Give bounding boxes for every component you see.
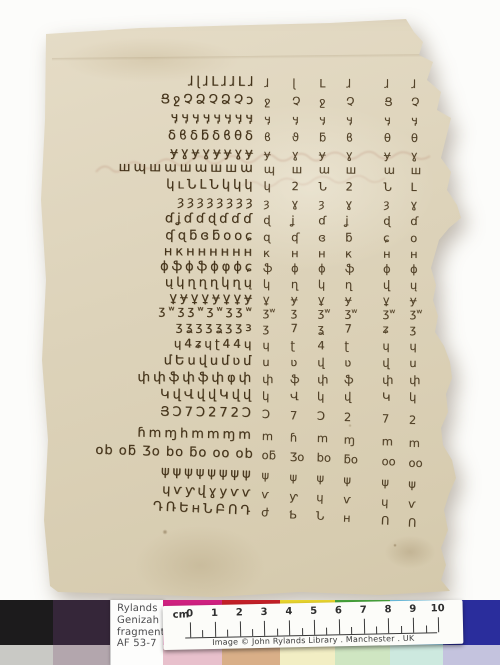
glyph-single: վ — [344, 390, 351, 404]
glyph-single: փ — [317, 372, 328, 386]
glyph-single: m — [262, 429, 273, 443]
glyph-single: ɣ — [291, 196, 298, 210]
glyph-single: ɞ — [318, 230, 326, 244]
glyph-single: ɣ — [346, 148, 353, 162]
glyph-single: Ն — [383, 180, 391, 194]
glyph-single: վ — [383, 278, 390, 292]
ruler-tick-cm — [264, 621, 265, 636]
glyph-single: ֆ — [290, 372, 299, 386]
shelfmark-label: RylandsGenizahfragmentAF 53-7 — [110, 600, 164, 665]
glyph-cluster: шɰшɯшɯшшɯ — [96, 160, 256, 176]
glyph-single: Կ — [382, 390, 391, 404]
glyph-single: ɖ — [263, 213, 270, 227]
glyph-cluster: нкннʜннн — [95, 244, 255, 260]
glyph-single: ӡʷ — [318, 305, 331, 319]
glyph-single: ʒ — [410, 322, 417, 336]
glyph-single: ɏ — [384, 148, 391, 162]
glyph-single: ɺ — [264, 76, 269, 90]
glyph-single: ѵ — [261, 487, 269, 501]
glyph-single: ϕ — [383, 262, 391, 276]
ruler-tick-cm — [314, 620, 315, 635]
glyph-single: ψ — [261, 468, 269, 482]
glyph-single: ɣ — [411, 148, 418, 162]
glyph-single: ɰ — [264, 162, 275, 176]
glyph-single: Չ — [346, 95, 354, 109]
glyph-single: 7 — [382, 411, 390, 425]
glyph-single: ӌ — [346, 113, 353, 127]
glyph-single: н — [318, 246, 326, 260]
glyph-single: ϕ — [291, 261, 299, 275]
glyph-single: ɥ — [316, 491, 324, 505]
ruler-number: 0 — [186, 608, 193, 619]
glyph-single: ų — [410, 278, 417, 292]
glyph-single: ժ — [261, 505, 269, 519]
glyph-single: ȝ — [318, 196, 324, 210]
glyph-single: կ — [264, 179, 271, 193]
ruler-tick-half — [376, 627, 377, 634]
glyph-single: ս — [262, 355, 269, 369]
ruler-tick-cm — [438, 617, 439, 632]
glyph-single: bo — [316, 451, 331, 465]
glyph-single: ƃ — [319, 130, 326, 144]
glyph-single: ψ — [408, 476, 416, 490]
ruler-number: 7 — [360, 605, 367, 616]
glyph-single: Ո — [381, 513, 390, 527]
glyph-single: ֆ — [345, 262, 354, 276]
glyph-single: Ն — [316, 509, 325, 523]
glyph-single: н — [383, 247, 391, 261]
glyph-single: ӡ — [291, 305, 298, 319]
glyph-single: ʝ — [291, 213, 294, 227]
glyph-single: н — [410, 247, 418, 261]
glyph-single: Ց — [384, 95, 393, 109]
glyph-cluster: ՅƆ7Ɔ272Ɔ — [94, 404, 254, 421]
glyph-single: ϐ — [346, 131, 353, 145]
ruler-tick-half — [351, 627, 352, 634]
glyph-row: ՅƆ7Ɔ272ƆƆ7Ɔ272 — [94, 404, 442, 427]
glyph-single: ɺ — [384, 77, 389, 91]
glyph-single: ψ — [289, 470, 297, 484]
glyph-single: θ — [384, 131, 391, 145]
color-swatch-top — [53, 600, 110, 645]
ruler-tick-cm — [289, 620, 290, 635]
color-swatch-top — [0, 600, 53, 645]
ruler-number: 3 — [260, 607, 267, 618]
glyph-single: Չ — [292, 94, 300, 108]
glyph-cluster: ψψψψψψψψ — [93, 462, 253, 482]
glyph-single: ɯ — [384, 163, 395, 177]
color-swatch-bottom — [53, 645, 110, 665]
parchment: ɺɭɺԼɺɺԼɺɺɭԼɺɺɺՑջՉՁՉՁՉɔջՉջՉՑՉӌӌӌӌӌӌӌӌӌӌӌӌ… — [0, 0, 500, 665]
glyph-cluster: ՑջՉՁՉՁՉɔ — [96, 92, 256, 108]
glyph-cluster: ӡʷӡӡʷӡʷӡӡʷ — [95, 303, 255, 318]
glyph-single: ʒ — [263, 321, 270, 335]
glyph-single: 7 — [291, 321, 298, 335]
glyph-single: ɥ — [262, 338, 269, 352]
glyph-cluster: ȝȝȝȝȝȝȝȝ — [95, 194, 255, 210]
glyph-single: 2 — [292, 179, 299, 193]
glyph-single: ֆ — [263, 261, 272, 275]
glyph-single: ɥ — [409, 339, 416, 353]
glyph-row: ՑջՉՁՉՁՉɔջՉջՉՑՉ — [96, 92, 444, 112]
ruler-tick-half — [426, 625, 427, 632]
glyph-cluster: ʠɋƃɞƃooɕ — [95, 228, 255, 244]
glyph-single: ɥ — [382, 339, 389, 353]
glyph-single: ѵ — [343, 492, 351, 506]
color-swatch-bottom — [0, 645, 53, 665]
glyph-single: к — [345, 247, 352, 261]
glyph-cluster: կʟՆԼՆկկկ — [96, 177, 256, 193]
glyph-single: փ — [262, 372, 273, 386]
glyph-single: ӌ — [411, 113, 418, 127]
glyph-single: ʝ — [345, 214, 348, 228]
glyph-cluster: ɏɣɏɣɏɏɣɏ — [96, 145, 256, 161]
glyph-single: ɣ — [345, 197, 352, 211]
glyph-single: ս — [409, 356, 416, 370]
glyph-single: ӡʷ — [345, 306, 358, 320]
glyph-single: Լ — [410, 180, 416, 194]
glyph-cluster: ɥ4ʑɥʈ44ɥ — [94, 336, 254, 351]
glyph-single: 7 — [345, 322, 352, 336]
glyph-cluster: δϐδƃδϐθδ — [96, 128, 256, 144]
glyph-single: ɭ — [292, 76, 295, 90]
glyph-cluster: ɸֆϕֆϕφɸɕ — [95, 259, 255, 275]
glyph-single: ʈ — [290, 338, 295, 352]
glyph-single: ӌ — [384, 113, 391, 127]
glyph-single: 4 — [317, 338, 324, 352]
glyph-row: ӌӌӌӌӌӌӌӌӌӌӌӌӌӌ — [96, 110, 444, 130]
glyph-single: m — [382, 434, 393, 448]
ruler-number: 9 — [409, 604, 416, 615]
glyph-single: ɦ — [290, 430, 298, 444]
ruler-tick-half — [202, 630, 203, 637]
glyph-single: ψ — [343, 473, 351, 487]
glyph-single: 2 — [346, 180, 353, 194]
glyph-single: փ — [382, 373, 393, 387]
glyph-single: ѵ — [408, 496, 416, 510]
ruler-tick-half — [227, 630, 228, 637]
glyph-single: 2 — [344, 410, 352, 424]
ruler-tick-cm — [413, 618, 414, 633]
manuscript-photo: ɺɭɺԼɺɺԼɺɺɭԼɺɺɺՑջՉՁՉՁՉɔջՉջՉՑՉӌӌӌӌӌӌӌӌӌӌӌӌ… — [0, 0, 500, 665]
glyph-cluster: փփֆփֆփφփ — [94, 370, 254, 386]
glyph-single: к — [263, 246, 270, 260]
glyph-single: Ո — [408, 515, 417, 529]
glyph-single: կ — [317, 389, 324, 403]
ruler-tick-cm — [190, 622, 191, 637]
ruler-number: 1 — [211, 608, 218, 619]
color-swatch-bottom — [335, 645, 390, 665]
glyph-single: կ — [263, 277, 270, 291]
glyph-single: կ — [409, 390, 416, 404]
ruler-tick-half — [252, 629, 253, 636]
ruler-tick-cm — [339, 619, 340, 634]
glyph-single: ɖ — [383, 214, 390, 228]
glyph-single: ɯ — [319, 162, 330, 176]
glyph-single: ʑ — [383, 322, 389, 336]
glyph-single: ɱ — [344, 433, 355, 447]
glyph-cluster: մԵսվսմʋմ — [94, 353, 254, 369]
glyph-single: ֆ — [344, 373, 353, 387]
glyph-single: ʈ — [344, 339, 349, 353]
glyph-single: ʠ — [291, 230, 299, 244]
glyph-single: ƃo — [343, 452, 358, 466]
glyph-single: ջ — [319, 94, 326, 108]
glyph-single: o — [410, 231, 417, 245]
glyph-single: ɗ — [410, 214, 418, 228]
glyph-single: oƃ — [261, 448, 276, 462]
glyph-cluster: ԿվՎվվԿվվ — [94, 387, 254, 403]
ruler-tick-half — [326, 628, 327, 635]
glyph-single: ɏ — [264, 147, 271, 161]
ruler-number: 6 — [335, 605, 342, 616]
glyph-row: ɺɭɺԼɺɺԼɺɺɭԼɺɺɺ — [96, 74, 444, 94]
glyph-single: m — [409, 435, 420, 449]
ruler-tick-cm — [363, 619, 364, 634]
color-swatch-bottom — [443, 645, 500, 665]
glyph-cluster: ӌӌӌӌӌӌӌӌ — [96, 110, 256, 126]
glyph-single: ƴ — [289, 489, 298, 503]
glyph-single: ɥ — [381, 494, 389, 508]
glyph-single: ʜ — [343, 511, 351, 525]
glyph-single: ϑ — [292, 130, 299, 144]
glyph-single: θ — [411, 131, 418, 145]
ruler-number: 5 — [310, 606, 317, 617]
glyph-single: oo — [408, 455, 422, 469]
glyph-single: Լ — [319, 76, 325, 90]
glyph-cluster: ɺɭɺԼɺɺԼɺ — [96, 74, 256, 90]
color-swatch-bottom — [390, 645, 443, 665]
ruler-number: 10 — [431, 603, 445, 614]
glyph-single: ɸ — [410, 262, 418, 276]
glyph-single: փ — [409, 373, 420, 387]
glyph-single: ʋ — [290, 355, 297, 369]
glyph-single: ψ — [316, 471, 324, 485]
color-swatch-bottom — [280, 645, 335, 665]
glyph-single: m — [317, 431, 328, 445]
glyph-cluster: ɗʝɗɗɖɗɗɗ — [95, 211, 255, 227]
glyph-single: ɕ — [383, 231, 389, 245]
glyph-single: ӌ — [319, 112, 326, 126]
glyph-single: н — [291, 246, 299, 260]
glyph-single: ʋ — [344, 356, 351, 370]
glyph-single: ƃ — [345, 231, 352, 245]
glyph-cluster: ųկղղղկղų — [95, 275, 255, 291]
glyph-single: 7 — [290, 408, 298, 422]
glyph-single: Ɔ — [317, 409, 325, 423]
glyph-single: ɺ — [411, 77, 416, 91]
glyph-single: Ƅ — [289, 507, 297, 521]
glyph-single: ջ — [264, 94, 271, 108]
ruler-tick-half — [277, 629, 278, 636]
ruler-number: 2 — [236, 607, 243, 618]
glyph-single: Ɔ — [262, 407, 270, 421]
glyph-single: ӡʷ — [263, 305, 276, 319]
glyph-single: ӡʷ — [383, 306, 396, 320]
glyph-single: Ն — [319, 179, 327, 193]
glyph-single: ɗ — [318, 213, 326, 227]
ruler: cm Image © John Rylands Library . Manche… — [163, 600, 464, 650]
glyph-single: ղ — [345, 278, 352, 292]
glyph-cluster: ɦmɱhmmɱm — [94, 425, 254, 443]
parchment-wrapper: ɺɭɺԼɺɺԼɺɺɭԼɺɺɺՑջՉՁՉՁՉɔջՉջՉՑՉӌӌӌӌӌӌӌӌӌӌӌӌ… — [0, 0, 500, 665]
shelfmark-label-text: RylandsGenizahfragmentAF 53-7 — [111, 600, 164, 651]
glyph-rows: ɺɭɺԼɺɺԼɺɺɭԼɺɺɺՑջՉՁՉՁՉɔջՉջՉՑՉӌӌӌӌӌӌӌӌӌӌӌӌ… — [93, 0, 445, 531]
glyph-single: oo — [381, 454, 395, 468]
glyph-single: ӡʷ — [410, 306, 423, 320]
glyph-single: ɺ — [346, 77, 351, 91]
glyph-single: ȝ — [383, 197, 389, 211]
glyph-single: վ — [317, 355, 324, 369]
glyph-single: ӌ — [292, 112, 299, 126]
glyph-single: ψ — [381, 475, 389, 489]
glyph-single: ɸ — [318, 261, 326, 275]
glyph-single: ɋ — [263, 230, 270, 244]
glyph-single: ɣ — [292, 147, 299, 161]
ruler-tick-cm — [388, 618, 389, 633]
glyph-single: 2 — [409, 412, 417, 426]
glyph-single: ɣ — [410, 197, 417, 211]
glyph-single: ш — [411, 163, 422, 177]
glyph-single: Չ — [411, 95, 419, 109]
glyph-single: կ — [262, 389, 269, 403]
glyph-single: ш — [292, 162, 303, 176]
ruler-tick-cm — [239, 621, 240, 636]
glyph-single: վ — [382, 356, 389, 370]
glyph-cluster: ʒʓʒʒʓʒʒɜ — [95, 319, 255, 334]
glyph-single: Վ — [290, 389, 299, 403]
glyph-single: Ʒo — [289, 449, 304, 463]
ruler-number: 4 — [285, 606, 292, 617]
glyph-single: ղ — [291, 277, 298, 291]
glyph-cluster: ob oƃ Ʒo bo ƃo oo ob — [94, 443, 254, 462]
ruler-tick-half — [302, 628, 303, 635]
ruler-number: 8 — [384, 604, 391, 615]
ruler-tick-cm — [215, 622, 216, 637]
glyph-single: կ — [318, 277, 325, 291]
glyph-single: ϐ — [264, 130, 271, 144]
glyph-single: ӌ — [264, 112, 271, 126]
ruler-tick-half — [401, 626, 402, 633]
glyph-single: ш — [346, 163, 357, 177]
glyph-single: ʓ — [318, 321, 325, 335]
glyph-single: ȝ — [263, 196, 269, 210]
glyph-single: ɏ — [319, 147, 326, 161]
